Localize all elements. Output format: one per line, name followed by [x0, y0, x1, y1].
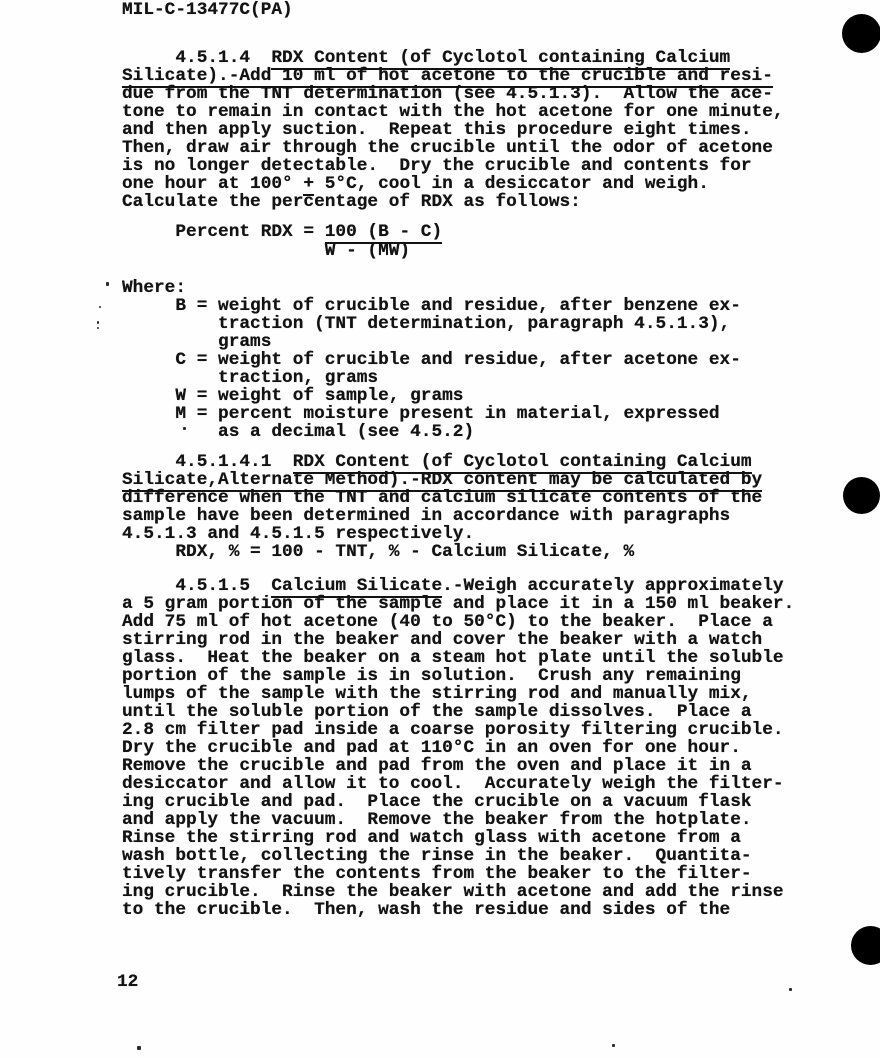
text-line: portion of the sample is in solution. Cr…	[122, 667, 794, 685]
text-line: stirring rod in the beaker and cover the…	[122, 631, 794, 649]
scan-speck	[183, 427, 186, 430]
text-line: Calculate the percentage of RDX as follo…	[122, 193, 784, 211]
text-line: 4.5.1.4 RDX Content (of Cyclotol contain…	[122, 49, 784, 67]
scan-speck	[612, 1044, 615, 1047]
text-line: Add 75 ml of hot acetone (40 to 50°C) to…	[122, 613, 794, 631]
text-line: sample have been determined in accordanc…	[122, 507, 762, 525]
paragraph-4-5-1-4-1-rdx-content-alternate: 4.5.1.4.1 RDX Content (of Cyclotol conta…	[122, 453, 762, 561]
punch-mark-dot-middle	[843, 477, 880, 514]
text-line: to the crucible. Then, wash the residue …	[122, 901, 794, 919]
text-line: M = percent moisture present in material…	[122, 405, 741, 423]
scan-speck	[789, 988, 792, 991]
text-line: C = weight of crucible and residue, afte…	[122, 351, 741, 369]
text-line: glass. Heat the beaker on a steam hot pl…	[122, 649, 794, 667]
text-line: Silicate).-Add 10 ml of hot acetone to t…	[122, 67, 784, 85]
punch-mark-dot-top	[842, 14, 880, 53]
page-number: 12	[117, 973, 138, 991]
text-line: Percent RDX = 100 (B - C)	[122, 223, 442, 242]
paragraph-4-5-1-5-calcium-silicate: 4.5.1.5 Calcium Silicate.-Weigh accurate…	[122, 577, 794, 919]
text-line: due from the TNT determination (see 4.5.…	[122, 85, 784, 103]
paragraph-4-5-1-4-rdx-content: 4.5.1.4 RDX Content (of Cyclotol contain…	[122, 49, 784, 211]
text-line: Where:	[122, 279, 741, 297]
text-line: one hour at 100° + 5°C, cool in a desicc…	[122, 175, 784, 193]
text-line: grams	[122, 333, 741, 351]
scan-speck	[97, 321, 99, 324]
text-line: traction, grams	[122, 369, 741, 387]
text-line: 4.5.1.5 Calcium Silicate.-Weigh accurate…	[122, 577, 794, 595]
text-line: until the soluble portion of the sample …	[122, 703, 794, 721]
scan-speck	[137, 1046, 141, 1050]
text-line: ing crucible. Rinse the beaker with acet…	[122, 883, 794, 901]
text-line: W = weight of sample, grams	[122, 387, 741, 405]
formula-variable-definitions: Where: B = weight of crucible and residu…	[122, 279, 741, 441]
text-line: ing crucible and pad. Place the crucible…	[122, 793, 794, 811]
scan-speck	[106, 282, 109, 286]
text-line: tively transfer the contents from the be…	[122, 865, 794, 883]
text-line: traction (TNT determination, paragraph 4…	[122, 315, 741, 333]
text-line: W - (MW)	[122, 242, 442, 261]
document-number: MIL-C-13477C(PA)	[122, 1, 293, 19]
text-line: tone to remain in contact with the hot a…	[122, 103, 784, 121]
text-line: and then apply suction. Repeat this proc…	[122, 121, 784, 139]
text-line: 4.5.1.4.1 RDX Content (of Cyclotol conta…	[122, 453, 762, 471]
text-line: as a decimal (see 4.5.2)	[122, 423, 741, 441]
text-line: Rinse the stirring rod and watch glass w…	[122, 829, 794, 847]
text-line: Dry the crucible and pad at 110°C in an …	[122, 739, 794, 757]
text-line: wash bottle, collecting the rinse in the…	[122, 847, 794, 865]
text-line: Silicate,Alternate Method).-RDX content …	[122, 471, 762, 489]
text-line: is no longer detectable. Dry the crucibl…	[122, 157, 784, 175]
text-line: 2.8 cm filter pad inside a coarse porosi…	[122, 721, 794, 739]
text-line: desiccator and allow it to cool. Accurat…	[122, 775, 794, 793]
punch-mark-dot-bottom	[851, 926, 880, 965]
text-line: a 5 gram portion of the sample and place…	[122, 595, 794, 613]
text-line: difference when the TNT and calcium sili…	[122, 489, 762, 507]
text-line: Remove the crucible and pad from the ove…	[122, 757, 794, 775]
text-line: lumps of the sample with the stirring ro…	[122, 685, 794, 703]
text-line: Then, draw air through the crucible unti…	[122, 139, 784, 157]
scan-speck	[99, 306, 101, 308]
percent-rdx-formula: Percent RDX = 100 (B - C) W - (MW)	[122, 223, 442, 261]
scan-speck	[97, 327, 99, 329]
text-line: B = weight of crucible and residue, afte…	[122, 297, 741, 315]
text-line: RDX, % = 100 - TNT, % - Calcium Silicate…	[122, 543, 762, 561]
text-line: and apply the vacuum. Remove the beaker …	[122, 811, 794, 829]
text-line: 4.5.1.3 and 4.5.1.5 respectively.	[122, 525, 762, 543]
scanned-document-page: MIL-C-13477C(PA) 4.5.1.4 RDX Content (of…	[0, 0, 880, 1058]
